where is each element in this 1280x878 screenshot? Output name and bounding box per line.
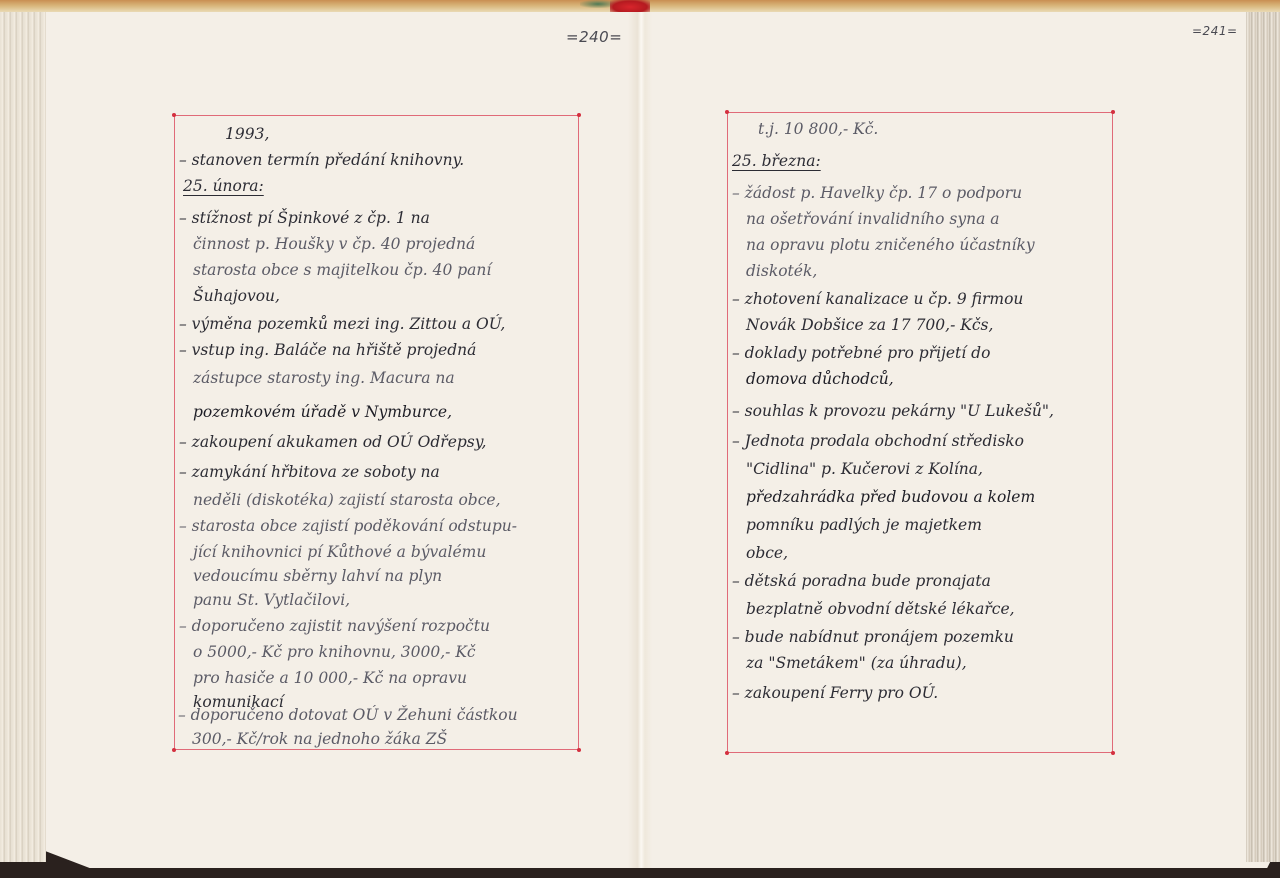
text-line: – dětská poradna bude pronajata [732,571,991,591]
text-line: jící knihovnici pí Kůthové a bývalému [193,542,486,562]
text-line: 1993, [225,124,269,144]
text-line: – zakoupení Ferry pro OÚ. [732,683,938,703]
text-line: Novák Dobšice za 17 700,- Kčs, [746,315,993,335]
text-line: – zakoupení akukamen od OÚ Odřepsy, [179,432,486,452]
page-number-left: =240= [566,28,622,46]
text-line: diskoték, [746,261,817,281]
text-line: Šuhajovou, [193,286,280,306]
text-line: 300,- Kč/rok na jednoho žáka ZŠ [192,729,447,749]
text-line: – doporučeno dotovat OÚ v Žehuni částkou [178,705,518,725]
text-line: – souhlas k provozu pekárny "U Lukešů", [732,401,1054,421]
text-line: pozemkovém úřadě v Nymburce, [193,402,452,422]
text-line: t.j. 10 800,- Kč. [758,119,878,139]
text-line: – bude nabídnut pronájem pozemku [732,627,1014,647]
frame-corner-dot [1111,751,1115,755]
text-line: "Cidlina" p. Kučerovi z Kolína, [746,459,983,479]
text-line: starosta obce s majitelkou čp. 40 paní [193,260,491,280]
text-line: vedoucímu sběrny lahví na plyn [193,566,442,586]
text-line: zástupce starosty ing. Macura na [193,368,455,388]
text-line: – vstup ing. Baláče na hřiště projedná [179,340,476,360]
text-line: na ošetřování invalidního syna a [746,209,1000,229]
page-number-right: =241= [1192,24,1238,38]
book-gutter [628,12,652,868]
text-line: domova důchodců, [746,369,894,389]
text-line: – zhotovení kanalizace u čp. 9 firmou [732,289,1023,309]
text-line: činnost p. Houšky v čp. 40 projedná [193,234,475,254]
text-line: – doporučeno zajistit navýšení rozpočtu [179,616,490,636]
left-page-stack [0,12,46,862]
text-line: o 5000,- Kč pro knihovnu, 3000,- Kč [193,642,476,662]
text-line: – zamykání hřbitova ze soboty na [179,462,440,482]
section-heading-date: 25. března: [732,151,821,171]
text-line: – výměna pozemků mezi ing. Zittou a OÚ, [179,314,505,334]
text-line: panu St. Vytlačilovi, [193,590,350,610]
text-line: – stížnost pí Špinkové z čp. 1 na [179,208,430,228]
text-line: – Jednota prodala obchodní středisko [732,431,1024,451]
frame-corner-dot [172,748,176,752]
text-line: za "Smetákem" (za úhradu), [746,653,967,673]
right-page-stack [1246,12,1280,862]
text-line: – doklady potřebné pro přijetí do [732,343,990,363]
frame-corner-dot [577,748,581,752]
right-margin-frame: t.j. 10 800,- Kč. 25. března: – žádost p… [727,112,1113,753]
text-line: bezplatně obvodní dětské lékařce, [746,599,1015,619]
text-line: – stanoven termín předání knihovny. [179,150,464,170]
text-line: předzahrádka před budovou a kolem [746,487,1035,507]
text-line: – žádost p. Havelky čp. 17 o podporu [732,183,1022,203]
text-line: pomníku padlých je majetkem [746,515,982,535]
text-line: obce, [746,543,788,563]
text-line: neděli (diskotéka) zajistí starosta obce… [193,490,501,510]
section-heading-date: 25. února: [183,176,264,196]
left-margin-frame: 1993, – stanoven termín předání knihovny… [174,115,579,750]
text-line: – starosta obce zajistí poděkování odstu… [179,516,517,536]
frame-corner-dot [725,751,729,755]
text-line: na opravu plotu zničeného účastníky [746,235,1035,255]
text-line: pro hasiče a 10 000,- Kč na opravu [193,668,467,688]
